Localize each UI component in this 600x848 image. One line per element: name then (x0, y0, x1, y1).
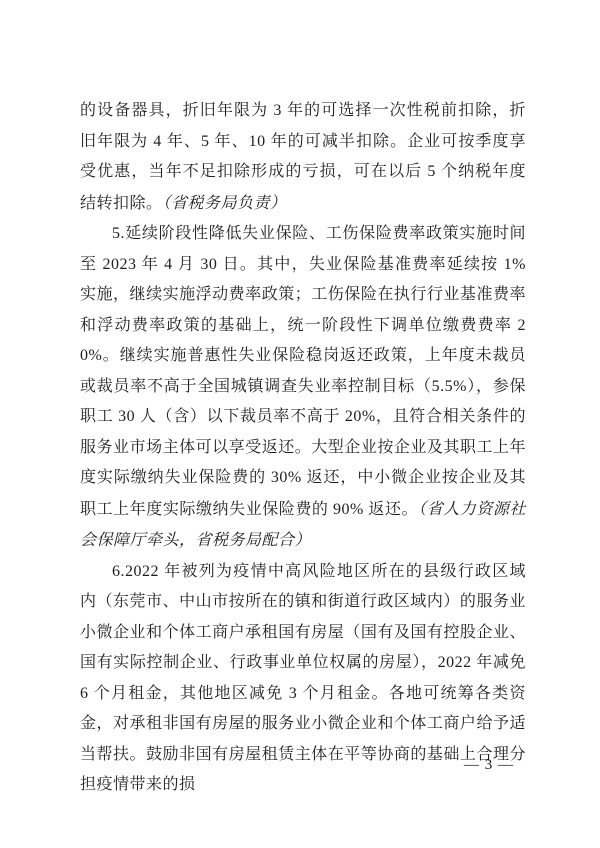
body-text-segment: 5.延续阶段性降低失业保险、工伤保险费率政策实施时间至 2023 年 4 月 3… (80, 225, 526, 518)
body-text-segment: 的设备器具，折旧年限为 3 年的可选择一次性税前扣除，折旧年限为 4 年、5 年… (80, 102, 526, 212)
paragraph-continuation: 的设备器具，折旧年限为 3 年的可选择一次性税前扣除，折旧年限为 4 年、5 年… (80, 96, 526, 219)
document-body: 的设备器具，折旧年限为 3 年的可选择一次性税前扣除，折旧年限为 4 年、5 年… (80, 96, 526, 801)
paragraph-item-6: 6.2022 年被列为疫情中高风险地区所在的县级行政区域内（东莞市、中山市按所在… (80, 557, 526, 801)
paragraph-item-5: 5.延续阶段性降低失业保险、工伤保险费率政策实施时间至 2023 年 4 月 3… (80, 219, 526, 557)
document-page: 的设备器具，折旧年限为 3 年的可选择一次性税前扣除，折旧年限为 4 年、5 年… (0, 0, 600, 848)
page-number: — 3 — (464, 754, 514, 776)
responsibility-attribution: （省税务局负责） (163, 193, 287, 212)
body-text-segment: 6.2022 年被列为疫情中高风险地区所在的县级行政区域内（东莞市、中山市按所在… (80, 563, 526, 794)
